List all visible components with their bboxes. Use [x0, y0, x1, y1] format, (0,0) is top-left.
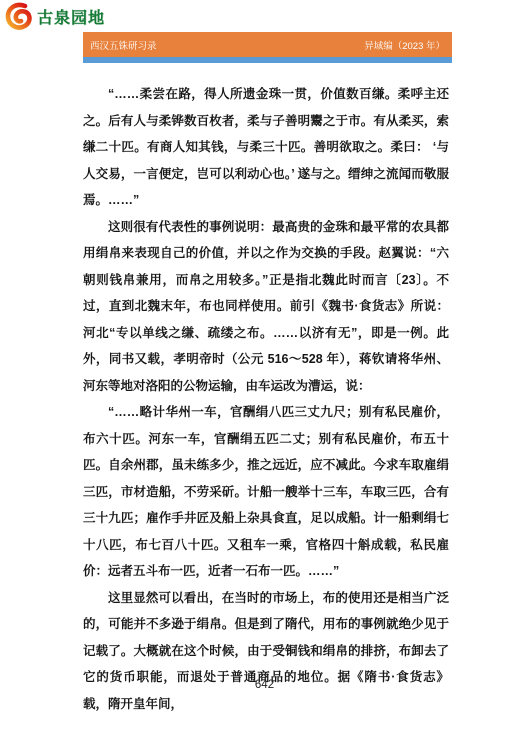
paragraph-commentary-1: 这则很有代表性的事例说明：最高贵的金珠和最平常的农具都用绢帛来表现自己的价值，并…: [83, 214, 449, 400]
paragraph-block-quote-2: “……略计华州一车，官酬绢八匹三丈九尺；别有私民雇价，布六十匹。河东一车，官酬绢…: [83, 399, 449, 585]
banner-left-title: 西汉五铢研习录: [90, 38, 157, 52]
document-body: “……柔尝在路，得人所遗金珠一贯，价值数百缣。柔呼主还之。后有人与柔铧数百枚者，…: [83, 81, 449, 717]
banner-right-title: 异域编（2023 年）: [364, 38, 445, 52]
header-banner: 西汉五铢研习录 异域编（2023 年）: [83, 32, 452, 57]
paragraph-commentary-2: 这里显然可以看出，在当时的市场上，布的使用还是相当广泛的，可能并不多逊于绢帛。但…: [83, 585, 449, 718]
site-logo-text: 古泉园地: [37, 5, 105, 28]
paragraph-block-quote-1: “……柔尝在路，得人所遗金珠一贯，价值数百缣。柔呼主还之。后有人与柔铧数百枚者，…: [83, 81, 449, 214]
banner-accent-bar: [83, 57, 452, 63]
site-logo[interactable]: 古泉园地: [4, 2, 105, 30]
page-number: 642: [0, 679, 529, 691]
coin-swirl-icon: [4, 2, 34, 30]
